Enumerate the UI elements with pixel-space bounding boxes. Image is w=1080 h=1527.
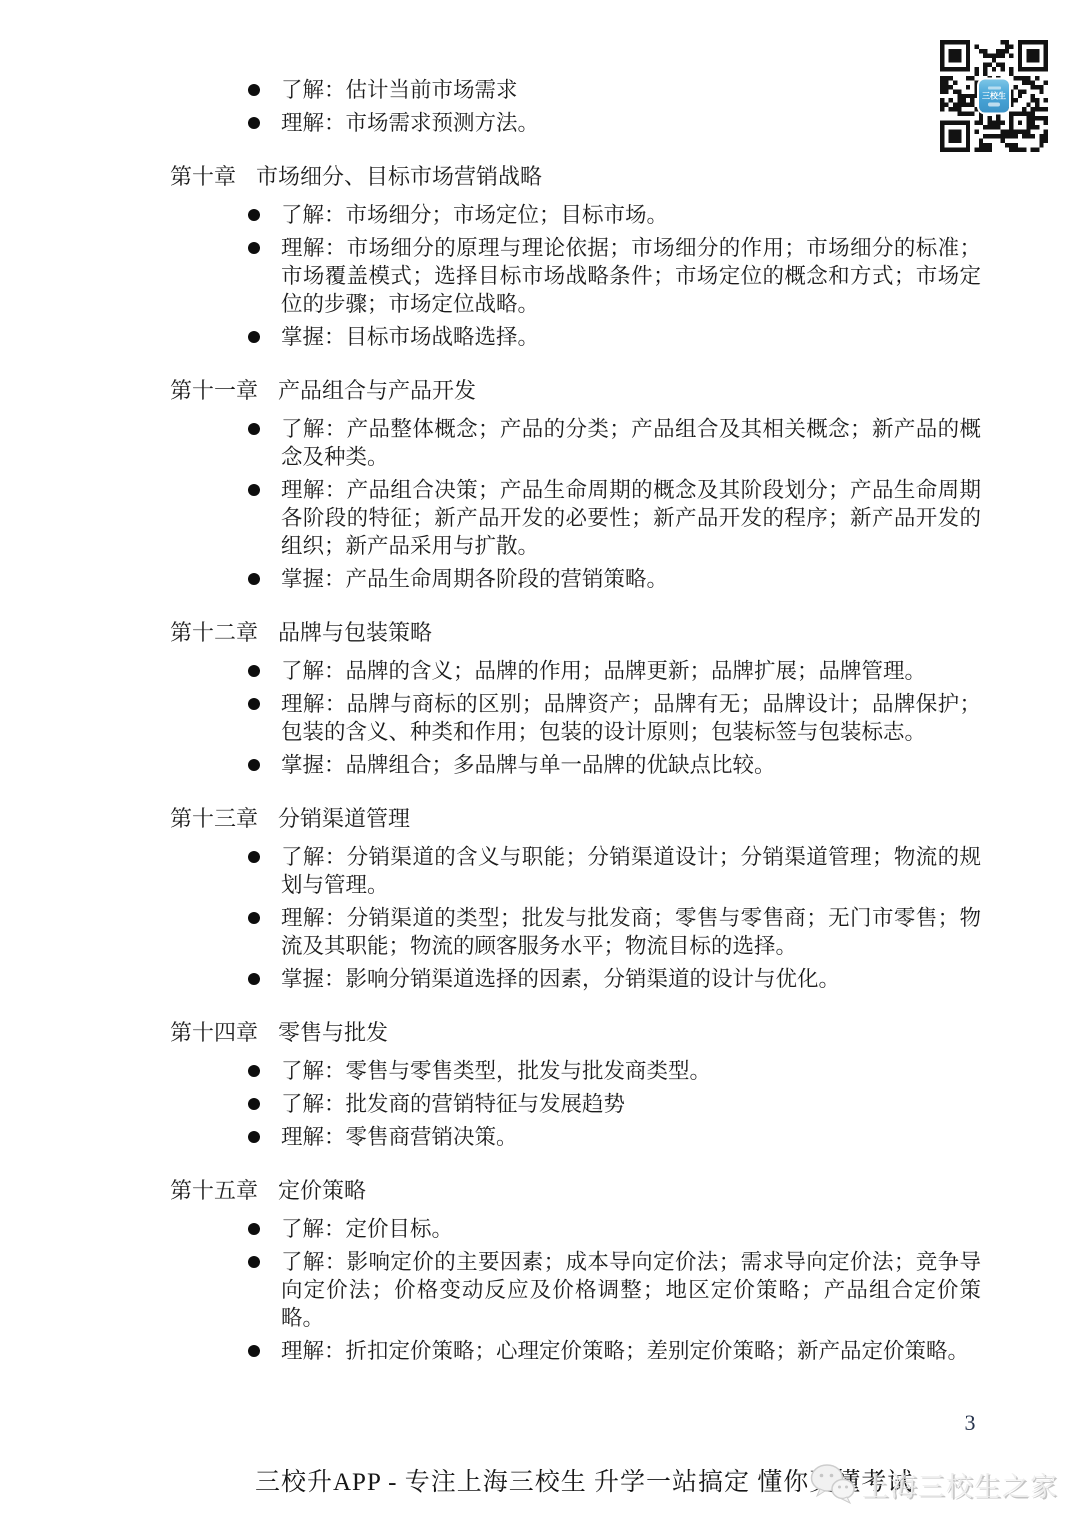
chapter-number: 第十二章	[170, 619, 258, 647]
bullet-icon	[248, 423, 260, 435]
bullet-icon	[248, 1345, 260, 1357]
bullet-icon	[248, 1098, 260, 1110]
chapter-title: 第十五章 定价策略	[170, 1177, 1000, 1205]
bullet-text: 了解：市场细分；市场定位；目标市场。	[281, 201, 981, 229]
bullet-text: 了解：定价目标。	[281, 1215, 981, 1243]
bullet-icon	[248, 242, 260, 254]
bullet-text: 理解：零售商营销决策。	[281, 1123, 981, 1151]
bullet-list: 了解：市场细分；市场定位；目标市场。 理解：市场细分的原理与理论依据；市场细分的…	[170, 201, 1000, 351]
chapter-title: 第十一章 产品组合与产品开发	[170, 377, 1000, 405]
bullet-text: 掌握：目标市场战略选择。	[281, 323, 981, 351]
watermark-text: 上海三校生之家	[862, 1465, 1058, 1504]
bullet-icon	[248, 1223, 260, 1235]
chapter-name: 零售与批发	[278, 1019, 388, 1047]
bullet-icon	[248, 117, 260, 129]
bullet-item: 理解：市场需求预测方法。	[170, 109, 1000, 137]
chapter-title: 第十二章 品牌与包装策略	[170, 619, 1000, 647]
bullet-item: 了解：估计当前市场需求	[170, 76, 1000, 104]
bullet-text: 理解：分销渠道的类型；批发与批发商；零售与零售商；无门市零售；物流及其职能；物流…	[281, 904, 981, 960]
chapter-number: 第十一章	[170, 377, 258, 405]
bullet-icon	[248, 912, 260, 924]
chapter-name: 产品组合与产品开发	[278, 377, 476, 405]
bullet-item: 了解：定价目标。	[170, 1215, 1000, 1243]
bullet-icon	[248, 973, 260, 985]
bullet-item: 理解：分销渠道的类型；批发与批发商；零售与零售商；无门市零售；物流及其职能；物流…	[170, 904, 1000, 960]
bullet-text: 理解：产品组合决策；产品生命周期的概念及其阶段划分；产品生命周期各阶段的特征；新…	[281, 476, 981, 560]
bullet-list: 了解：分销渠道的含义与职能；分销渠道设计；分销渠道管理；物流的规划与管理。 理解…	[170, 843, 1000, 993]
chapter-title: 第十四章 零售与批发	[170, 1019, 1000, 1047]
chapter-section: 第十四章 零售与批发 了解：零售与零售类型，批发与批发商类型。 了解：批发商的营…	[170, 1019, 1000, 1151]
bullet-item: 了解：影响定价的主要因素；成本导向定价法；需求导向定价法；竞争导向定价法；价格变…	[170, 1248, 1000, 1332]
bullet-text: 了解：零售与零售类型，批发与批发商类型。	[281, 1057, 981, 1085]
bullet-item: 了解：分销渠道的含义与职能；分销渠道设计；分销渠道管理；物流的规划与管理。	[170, 843, 1000, 899]
bullet-item: 掌握：产品生命周期各阶段的营销策略。	[170, 565, 1000, 593]
bullet-list: 了解：品牌的含义；品牌的作用；品牌更新；品牌扩展；品牌管理。 理解：品牌与商标的…	[170, 657, 1000, 779]
bullet-icon	[248, 573, 260, 585]
bullet-icon	[248, 209, 260, 221]
bullet-icon	[248, 698, 260, 710]
bullet-text: 了解：分销渠道的含义与职能；分销渠道设计；分销渠道管理；物流的规划与管理。	[281, 843, 981, 899]
chapter-number: 第十四章	[170, 1019, 258, 1047]
bullet-list: 了解：零售与零售类型，批发与批发商类型。 了解：批发商的营销特征与发展趋势 理解…	[170, 1057, 1000, 1151]
chapter-title: 第十章 市场细分、目标市场营销战略	[170, 163, 1000, 191]
bullet-list: 了解：产品整体概念；产品的分类；产品组合及其相关概念；新产品的概念及种类。 理解…	[170, 415, 1000, 593]
bullet-text: 掌握：产品生命周期各阶段的营销策略。	[281, 565, 981, 593]
chapter-section: 第十五章 定价策略 了解：定价目标。 了解：影响定价的主要因素；成本导向定价法；…	[170, 1177, 1000, 1365]
chapter-section: 第十三章 分销渠道管理 了解：分销渠道的含义与职能；分销渠道设计；分销渠道管理；…	[170, 805, 1000, 993]
chapter-name: 市场细分、目标市场营销战略	[256, 163, 542, 191]
bullet-item: 理解：零售商营销决策。	[170, 1123, 1000, 1151]
chapter-number: 第十五章	[170, 1177, 258, 1205]
bullet-list: 了解：定价目标。 了解：影响定价的主要因素；成本导向定价法；需求导向定价法；竞争…	[170, 1215, 1000, 1365]
bullet-item: 了解：品牌的含义；品牌的作用；品牌更新；品牌扩展；品牌管理。	[170, 657, 1000, 685]
bullet-icon	[248, 484, 260, 496]
bullet-item: 理解：产品组合决策；产品生命周期的概念及其阶段划分；产品生命周期各阶段的特征；新…	[170, 476, 1000, 560]
bullet-icon	[248, 665, 260, 677]
bullet-item: 了解：零售与零售类型，批发与批发商类型。	[170, 1057, 1000, 1085]
page-number: 3	[948, 1410, 992, 1436]
chapter-number: 第十三章	[170, 805, 258, 833]
bullet-item: 了解：产品整体概念；产品的分类；产品组合及其相关概念；新产品的概念及种类。	[170, 415, 1000, 471]
chapter-section: 第十二章 品牌与包装策略 了解：品牌的含义；品牌的作用；品牌更新；品牌扩展；品牌…	[170, 619, 1000, 779]
bullet-icon	[248, 331, 260, 343]
syllabus-content: 了解：估计当前市场需求 理解：市场需求预测方法。 第十章 市场细分、目标市场营销…	[170, 76, 1000, 1370]
bullet-icon	[248, 1131, 260, 1143]
chapter-name: 定价策略	[278, 1177, 366, 1205]
watermark: 上海三校生之家	[806, 1458, 1058, 1510]
bullet-icon	[248, 1065, 260, 1077]
bullet-item: 掌握：影响分销渠道选择的因素，分销渠道的设计与优化。	[170, 965, 1000, 993]
bullet-text: 理解：市场需求预测方法。	[281, 109, 981, 137]
bullet-item: 掌握：品牌组合；多品牌与单一品牌的优缺点比较。	[170, 751, 1000, 779]
bullet-text: 理解：品牌与商标的区别；品牌资产；品牌有无；品牌设计；品牌保护；包装的含义、种类…	[281, 690, 981, 746]
wechat-icon	[806, 1458, 858, 1510]
bullet-list: 了解：估计当前市场需求 理解：市场需求预测方法。	[170, 76, 1000, 137]
bullet-text: 了解：批发商的营销特征与发展趋势	[281, 1090, 981, 1118]
chapter-title: 第十三章 分销渠道管理	[170, 805, 1000, 833]
chapter-section: 第十章 市场细分、目标市场营销战略 了解：市场细分；市场定位；目标市场。 理解：…	[170, 163, 1000, 351]
bullet-item: 理解：市场细分的原理与理论依据；市场细分的作用；市场细分的标准；市场覆盖模式；选…	[170, 234, 1000, 318]
chapter-section: 了解：估计当前市场需求 理解：市场需求预测方法。	[170, 76, 1000, 137]
bullet-text: 掌握：影响分销渠道选择的因素，分销渠道的设计与优化。	[281, 965, 981, 993]
chapter-name: 分销渠道管理	[278, 805, 410, 833]
bullet-text: 了解：估计当前市场需求	[281, 76, 981, 104]
bullet-item: 掌握：目标市场战略选择。	[170, 323, 1000, 351]
bullet-item: 了解：批发商的营销特征与发展趋势	[170, 1090, 1000, 1118]
bullet-text: 了解：影响定价的主要因素；成本导向定价法；需求导向定价法；竞争导向定价法；价格变…	[281, 1248, 981, 1332]
bullet-text: 了解：产品整体概念；产品的分类；产品组合及其相关概念；新产品的概念及种类。	[281, 415, 981, 471]
bullet-text: 理解：市场细分的原理与理论依据；市场细分的作用；市场细分的标准；市场覆盖模式；选…	[281, 234, 981, 318]
bullet-text: 理解：折扣定价策略；心理定价策略；差别定价策略；新产品定价策略。	[281, 1337, 981, 1365]
bullet-item: 了解：市场细分；市场定位；目标市场。	[170, 201, 1000, 229]
bullet-icon	[248, 759, 260, 771]
chapter-number: 第十章	[170, 163, 236, 191]
bullet-icon	[248, 851, 260, 863]
document-page: 三校生 了解：估计当前市场需求 理解：市场需求预测方法。 第	[0, 0, 1080, 1527]
chapter-name: 品牌与包装策略	[278, 619, 432, 647]
bullet-item: 理解：品牌与商标的区别；品牌资产；品牌有无；品牌设计；品牌保护；包装的含义、种类…	[170, 690, 1000, 746]
bullet-icon	[248, 1256, 260, 1268]
bullet-icon	[248, 84, 260, 96]
bullet-text: 掌握：品牌组合；多品牌与单一品牌的优缺点比较。	[281, 751, 981, 779]
bullet-item: 理解：折扣定价策略；心理定价策略；差别定价策略；新产品定价策略。	[170, 1337, 1000, 1365]
chapter-section: 第十一章 产品组合与产品开发 了解：产品整体概念；产品的分类；产品组合及其相关概…	[170, 377, 1000, 593]
bullet-text: 了解：品牌的含义；品牌的作用；品牌更新；品牌扩展；品牌管理。	[281, 657, 981, 685]
